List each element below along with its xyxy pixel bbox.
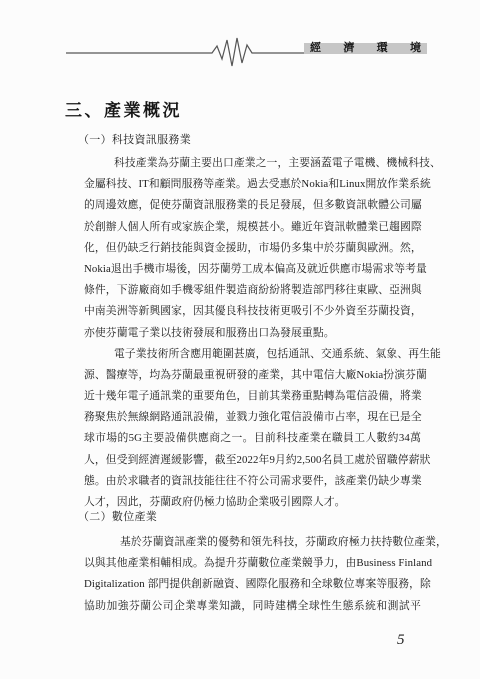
subsection-heading-tech-info: （一）科技資訊服務業 <box>78 134 191 147</box>
text-line: 以與其他產業相輔相成。為提升芬蘭數位產業競爭力，由Business Finlan… <box>84 553 421 574</box>
text-line: 基於芬蘭資訊產業的優勢和領先科技，芬蘭政府極力扶持數位產業， <box>84 532 421 553</box>
text-line: Digitalization 部門提供創新融資、國際化服務和全球數位專案等服務，… <box>84 574 421 595</box>
text-line: 協助加強芬蘭公司企業專業知識，同時建構全球性生態系統和測試平 <box>84 596 421 617</box>
header-label-char: 經 <box>310 43 321 54</box>
page-title: 三、產業概況 <box>65 100 182 121</box>
header-label-char: 環 <box>377 43 388 54</box>
text-line: 人才，因此，芬蘭政府仍極力協助企業吸引國際人才。 <box>84 492 421 513</box>
text-line: 務聚焦於無線網路通訊設備，並戮力強化電信設備市占率，現在已是全 <box>84 407 421 428</box>
text-line: 態。由於求職者的資訊技能往往不符公司需求要件，該產業仍缺少專業 <box>84 471 421 492</box>
text-line: Nokia退出手機市場後，因芬蘭勞工成本偏高及就近供應市場需求等考量 <box>84 259 421 280</box>
text-line: 人，但受到經濟遲緩影響，截至2022年9月約2,500名員工處於留職停薪狀 <box>84 450 421 471</box>
text-line: 球市場的5G主要設備供應商之一。目前科技產業在職員工人數約34萬 <box>84 428 421 449</box>
text-line: 金屬科技、IT和顧問服務等產業。過去受惠於Nokia和Linux開放作業系統 <box>84 174 421 195</box>
text-line: 科技產業為芬蘭主要出口產業之一，主要涵蓋電子電機、機械科技、 <box>84 153 421 174</box>
page-number: 5 <box>397 632 405 649</box>
subsection-heading-digital: （二）數位產業 <box>78 511 157 524</box>
paragraph: 科技產業為芬蘭主要出口產業之一，主要涵蓋電子電機、機械科技、 金屬科技、IT和顧… <box>84 153 421 344</box>
section-digital-body: 基於芬蘭資訊產業的優勢和領先科技，芬蘭政府極力扶持數位產業， 以與其他產業相輔相… <box>84 532 421 617</box>
text-line: 於創辦人個人所有或家族企業，規模甚小。雖近年資訊軟體業已趨國際 <box>84 217 421 238</box>
header-section-label: 經 濟 環 境 <box>304 43 427 54</box>
text-line: 亦使芬蘭電子業以技術發展和服務出口為發展重點。 <box>84 323 421 344</box>
section-tech-info-body: 科技產業為芬蘭主要出口產業之一，主要涵蓋電子電機、機械科技、 金屬科技、IT和顧… <box>84 153 421 513</box>
text-line: 近十幾年電子通訊業的重要角色，目前其業務重點轉為電信設備，將業 <box>84 386 421 407</box>
paragraph: 基於芬蘭資訊產業的優勢和領先科技，芬蘭政府極力扶持數位產業， 以與其他產業相輔相… <box>84 532 421 617</box>
header-label-char: 境 <box>410 43 421 54</box>
text-line: 的周邊效應，促使芬蘭資訊服務業的長足發展，但多數資訊軟體公司屬 <box>84 195 421 216</box>
paragraph: 電子業技術所含應用範圍甚廣，包括通訊、交通系統、氣象、再生能 源、醫療等，均為芬… <box>84 344 421 514</box>
header-label-char: 濟 <box>343 43 354 54</box>
text-line: 源、醫療等，均為芬蘭最重視研發的產業，其中電信大廠Nokia扮演芬蘭 <box>84 365 421 386</box>
document-page: 經 濟 環 境 三、產業概況 （一）科技資訊服務業 科技產業為芬蘭主要出口產業之… <box>0 0 480 679</box>
text-line: 中南美洲等新興國家，因其優良科技技術更吸引不少外資至芬蘭投資， <box>84 301 421 322</box>
text-line: 條件，下游廠商如手機零組件製造商紛紛將製造部門移往東歐、亞洲與 <box>84 280 421 301</box>
text-line: 電子業技術所含應用範圍甚廣，包括通訊、交通系統、氣象、再生能 <box>84 344 421 365</box>
pulse-divider-icon <box>66 34 306 72</box>
text-line: 化，但仍缺乏行銷技能與資金援助，市場仍多集中於芬蘭與歐洲。然， <box>84 238 421 259</box>
